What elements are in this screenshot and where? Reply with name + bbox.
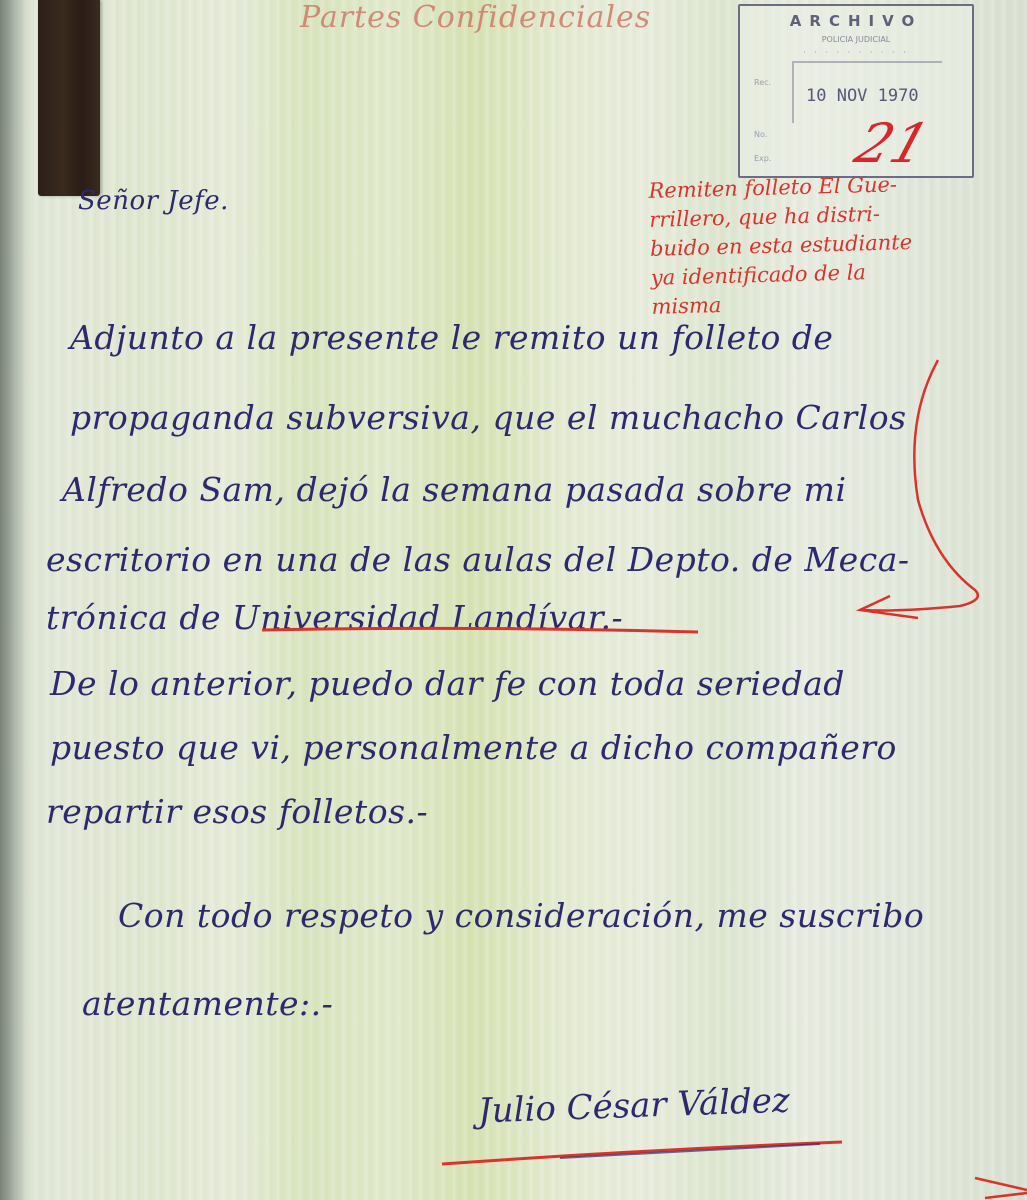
letter-line: escritorio en una de las aulas del Depto…: [46, 540, 910, 579]
signature: Julio César Váldez: [477, 1081, 790, 1132]
letter-line: trónica de Universidad Landívar.-: [46, 598, 623, 637]
archive-stamp: ARCHIVO POLICIA JUDICIAL · · · · · · · ·…: [738, 4, 974, 178]
letter-line: atentamente:.-: [82, 984, 333, 1023]
stamp-title: ARCHIVO: [740, 12, 972, 30]
letter-line: propaganda subversiva, que el muchacho C…: [70, 398, 907, 437]
stamp-subtitle: POLICIA JUDICIAL: [740, 35, 972, 44]
stamp-label-no: No.: [754, 130, 767, 139]
binder-clip: [38, 0, 100, 196]
red-corner-arrow: [975, 1178, 1027, 1198]
red-arrowhead-icon: [860, 596, 918, 618]
page-left-edge: [0, 0, 30, 1200]
stamp-label-rec: Rec.: [754, 78, 771, 87]
letterhead-title: Partes Confidenciales: [300, 0, 651, 35]
letter-line: puesto que vi, personalmente a dicho com…: [50, 728, 897, 767]
margin-annotation: Remiten folleto El Gue- rrillero, que ha…: [648, 167, 1024, 322]
letter-line: repartir esos folletos.-: [46, 792, 428, 831]
stamp-subtitle-2: · · · · · · · · · ·: [740, 48, 972, 57]
letter-line: Alfredo Sam, dejó la semana pasada sobre…: [62, 470, 847, 509]
signature-underline: [442, 1142, 842, 1164]
letter-salutation: Señor Jefe.: [78, 186, 229, 216]
letter-line: Con todo respeto y consideración, me sus…: [118, 896, 924, 935]
stamp-label-exp: Exp.: [754, 154, 771, 163]
letter-line: De lo anterior, puedo dar fe con toda se…: [50, 664, 845, 703]
letter-line: Adjunto a la presente le remito un folle…: [70, 318, 833, 357]
stamp-date: 10 NOV 1970: [806, 86, 919, 106]
